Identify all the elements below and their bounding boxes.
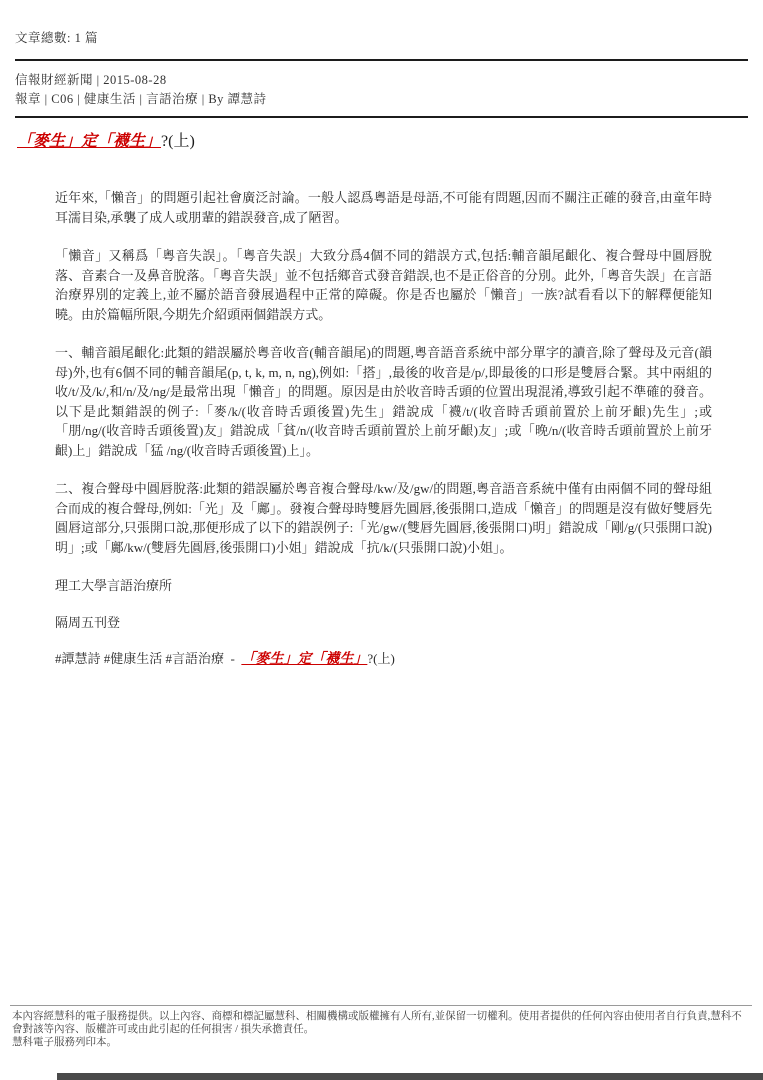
title-link[interactable]: 「麥生」定「襪生」: [17, 133, 161, 150]
article-page: 文章總數: 1 篇 信報財經新聞 | 2015-08-28 報章 | C06 |…: [0, 0, 763, 1080]
article-paragraph: 二、複合聲母中圓唇脫落:此類的錯誤屬於粵音複合聲母/kw/及/gw/的問題,粵音…: [55, 479, 712, 557]
related-article-suffix: ?(上): [367, 651, 394, 666]
title-suffix: ?(上): [161, 133, 195, 150]
article-count-label: 文章總數: 1 篇: [15, 28, 98, 46]
footer-disclaimer: 本內容經慧科的電子服務提供。以上內容、商標和標記屬慧科、相關機構或版權擁有人所有…: [12, 1010, 752, 1036]
footer-printout-label: 慧科電子服務列印本。: [12, 1036, 752, 1049]
article-paragraph: 近年來,「懶音」的問題引起社會廣泛討論。一般人認爲粵語是母語,不可能有問題,因而…: [55, 188, 712, 227]
meta-source-date: 信報財經新聞 | 2015-08-28: [15, 70, 167, 88]
related-article-link[interactable]: 「麥生」定「襪生」: [241, 652, 367, 667]
article-title: 「麥生」定「襪生」?(上): [17, 131, 195, 153]
footer-divider: [10, 1005, 752, 1006]
header-divider: [15, 116, 748, 118]
publication-schedule: 隔周五刊登: [55, 613, 712, 633]
tags-separator: -: [231, 651, 235, 666]
top-divider: [15, 59, 748, 61]
article-paragraph: 一、輔音韻尾齦化:此類的錯誤屬於粵音收音(輔音韻尾)的問題,粵音語音系統中部分單…: [55, 343, 712, 460]
page-footer: 本內容經慧科的電子服務提供。以上內容、商標和標記屬慧科、相關機構或版權擁有人所有…: [12, 1005, 752, 1049]
article-paragraph: 「懶音」又稱爲「粵音失誤」。「粵音失誤」大致分爲4個不同的錯誤方式,包括:輔音韻…: [55, 246, 712, 324]
meta-section-author: 報章 | C06 | 健康生活 | 言語治療 | By 譚慧詩: [15, 89, 267, 107]
article-body: 近年來,「懶音」的問題引起社會廣泛討論。一般人認爲粵語是母語,不可能有問題,因而…: [55, 188, 712, 687]
tags-line: #譚慧詩 #健康生活 #言語治療 - 「麥生」定「襪生」?(上): [55, 649, 712, 670]
article-signature: 理工大學言語治療所: [55, 576, 712, 596]
page-bottom-bar: [57, 1073, 763, 1080]
hashtags: #譚慧詩 #健康生活 #言語治療: [55, 651, 224, 666]
